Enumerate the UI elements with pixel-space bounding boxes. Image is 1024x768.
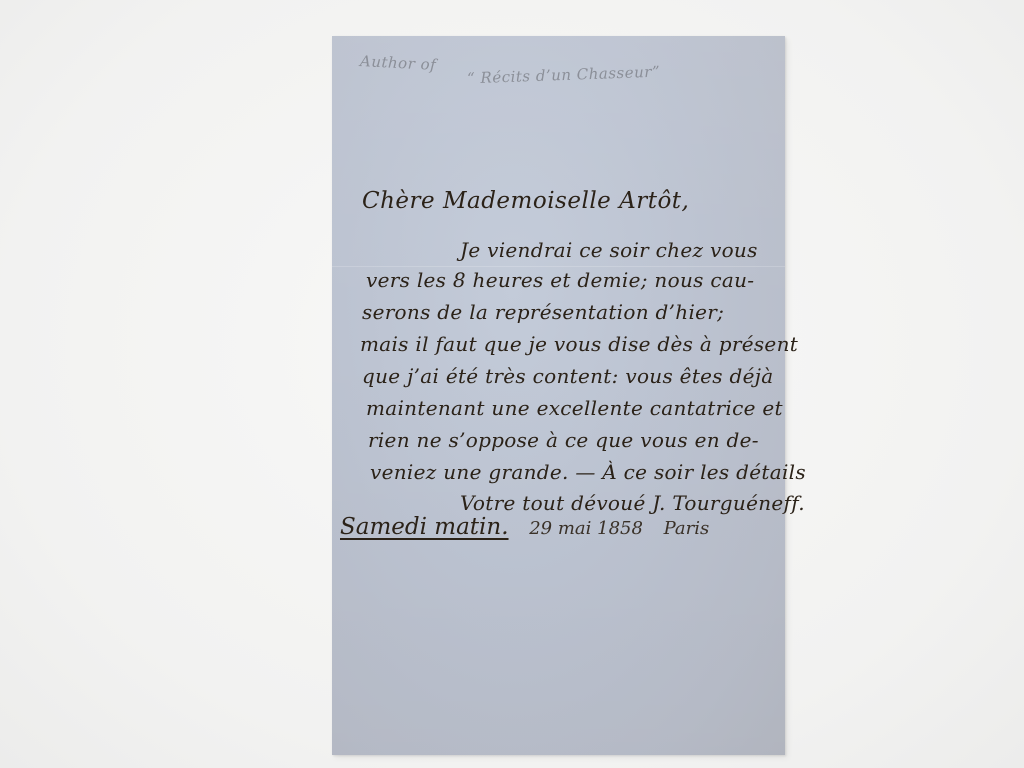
handwritten-letter: Author of “ Récits d’un Chasseur” Chère … (332, 36, 785, 755)
letter-line: mais il faut que je vous dise dès à prés… (360, 332, 798, 356)
letter-line: Je viendrai ce soir chez vous (460, 238, 758, 262)
paper-fold-line (332, 266, 785, 267)
letter-line: que j’ai été très content: vous êtes déj… (362, 364, 773, 388)
letter-line: maintenant une excellente cantatrice et (366, 396, 783, 420)
letter-line: vers les 8 heures et demie; nous cau- (366, 268, 754, 292)
dateline-date: 29 mai 1858 (529, 518, 643, 539)
pencil-annotation-author: Author of (360, 52, 437, 74)
letter-signature-line: Votre tout dévoué J. Tourguéneff. (460, 491, 805, 515)
dateline-weekday: Samedi matin. (340, 514, 509, 540)
letter-line: serons de la représentation d’hier; (362, 300, 724, 324)
pencil-annotation-title: “ Récits d’un Chasseur” (467, 63, 661, 88)
letter-salutation: Chère Mademoiselle Artôt, (362, 188, 689, 214)
letter-dateline: Samedi matin. 29 mai 1858 Paris (340, 514, 723, 540)
letter-line: rien ne s’oppose à ce que vous en de- (368, 428, 759, 452)
dateline-place: Paris (664, 518, 710, 539)
letter-line: veniez une grande. — À ce soir les détai… (370, 460, 806, 484)
